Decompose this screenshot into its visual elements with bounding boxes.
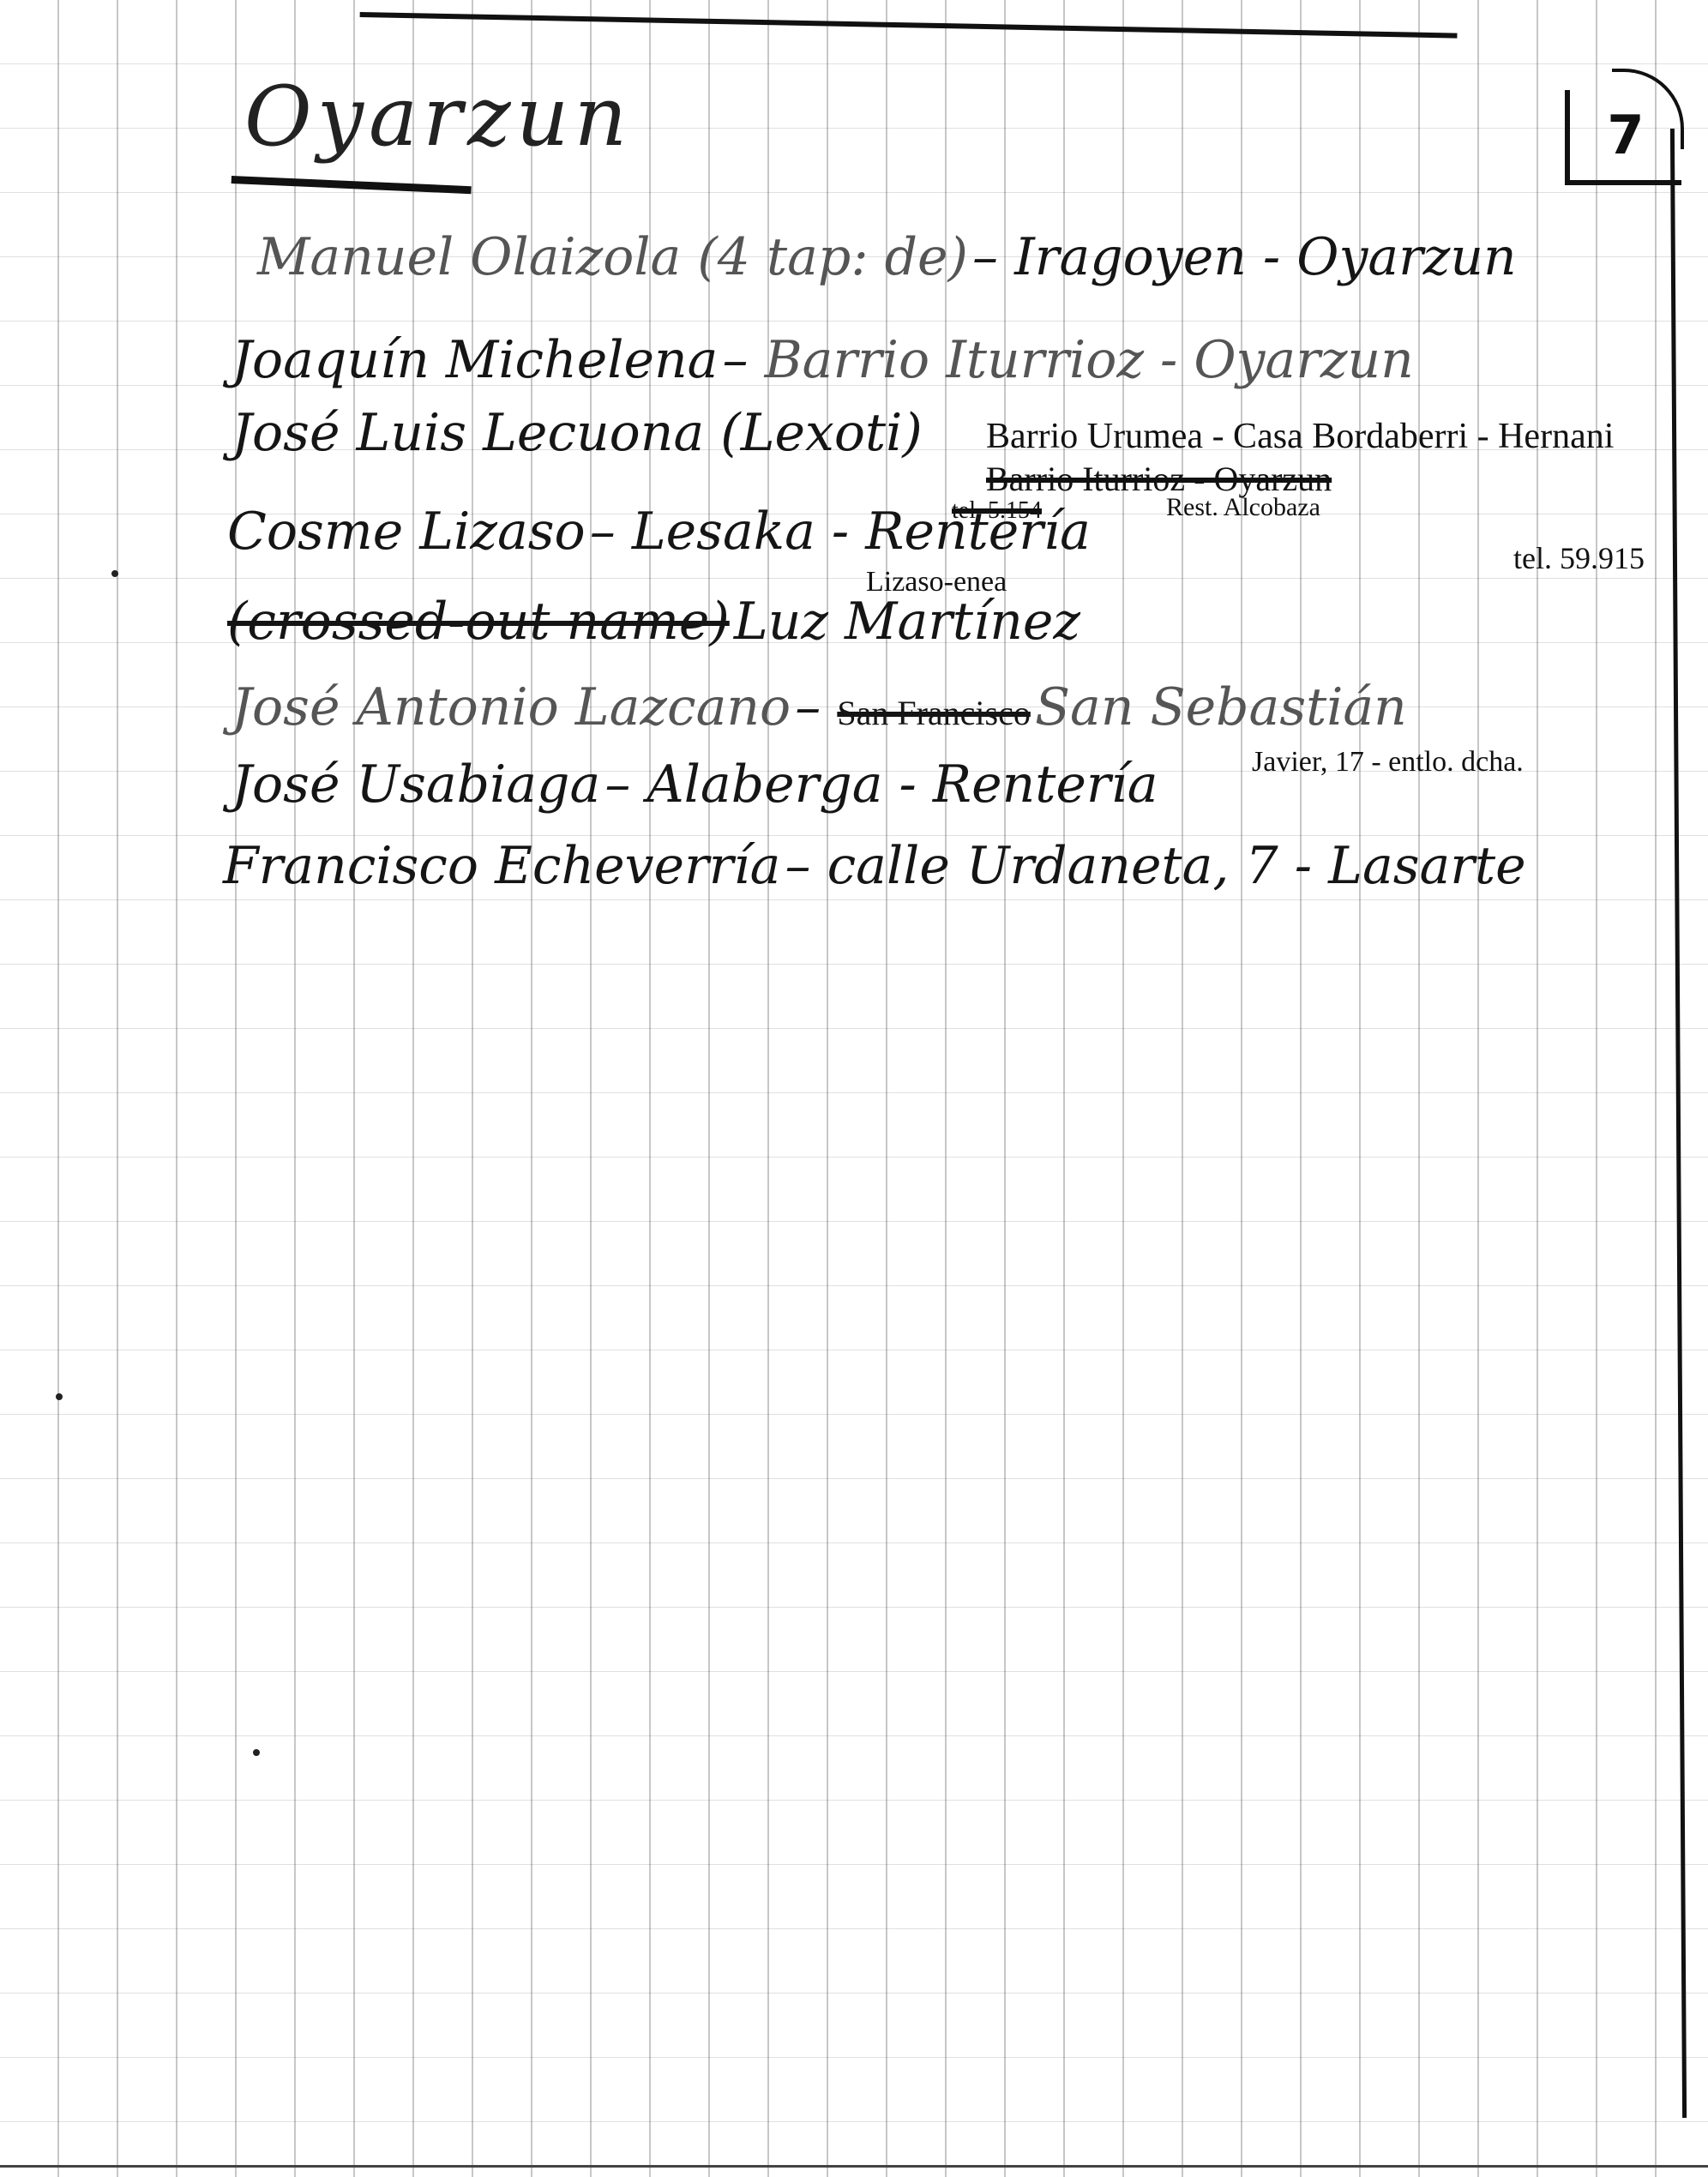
entry-name: Joaquín Michelena	[232, 330, 718, 390]
entry-separator: –	[785, 836, 827, 896]
entry-address: San Sebastián	[1035, 677, 1407, 737]
page-right-edge	[1670, 129, 1687, 2118]
entry-1: Manuel Olaizola (4 tap: de) – Iragoyen -…	[257, 227, 1517, 287]
entry-3: José Luis Lecuona (Lexoti)	[232, 403, 923, 463]
page-number: 7	[1565, 90, 1681, 185]
entry-address: Iragoyen - Oyarzun	[1014, 227, 1517, 287]
entry-3-address-note: Barrio Urumea - Casa Bordaberri - Hernan…	[986, 416, 1614, 457]
notebook-page: 7 Oyarzun Manuel Olaizola (4 tap: de) – …	[0, 0, 1708, 2177]
ink-speck	[56, 1393, 63, 1400]
entry-2: Joaquín Michelena – Barrio Iturrioz - Oy…	[232, 330, 1414, 390]
entry-address-struck: San Francisco	[837, 694, 1031, 732]
page-top-edge	[360, 0, 1458, 39]
ink-speck	[253, 1749, 260, 1756]
entry-separator: –	[604, 755, 647, 815]
entry-3-phone: tel. 59.915	[1513, 540, 1645, 576]
entry-name-struck: (crossed-out name)	[227, 592, 730, 652]
heading-underline	[232, 176, 472, 194]
entry-name: José Antonio Lazcano	[232, 677, 791, 737]
entry-address: Alaberga - Rentería	[647, 755, 1158, 815]
entry-name: José Luis Lecuona (Lexoti)	[232, 403, 923, 463]
ink-speck	[111, 570, 118, 577]
page-bottom-edge	[0, 2165, 1708, 2168]
entry-8: Francisco Echeverría – calle Urdaneta, 7…	[223, 836, 1526, 896]
entry-6: José Antonio Lazcano – San Francisco San…	[232, 677, 1407, 737]
entry-separator: –	[972, 227, 1014, 287]
entry-address: Barrio Iturrioz - Oyarzun	[765, 330, 1414, 390]
entry-5: (crossed-out name) Luz Martínez	[227, 592, 1080, 652]
entry-4: Cosme Lizaso – Lesaka - Rentería	[227, 502, 1091, 562]
entry-address: Lesaka - Rentería	[632, 502, 1091, 562]
entry-3-annotation: Rest. Alcobaza	[1166, 493, 1320, 522]
entry-6-address-insert: Javier, 17 - entlo. dcha.	[1252, 746, 1524, 779]
entry-name: José Usabiaga	[232, 755, 600, 815]
page-heading: Oyarzun	[244, 69, 632, 165]
entry-name: Cosme Lizaso	[227, 502, 586, 562]
entry-address: calle Urdaneta, 7 - Lasarte	[827, 836, 1526, 896]
entry-7: José Usabiaga – Alaberga - Rentería	[232, 755, 1158, 815]
entry-separator: –	[795, 677, 837, 737]
entry-separator: –	[723, 330, 765, 390]
entry-name: Manuel Olaizola (4 tap: de)	[257, 227, 968, 287]
entry-name: Francisco Echeverría	[223, 836, 780, 896]
entry-name: Luz Martínez	[734, 592, 1080, 652]
entry-separator: –	[590, 502, 632, 562]
